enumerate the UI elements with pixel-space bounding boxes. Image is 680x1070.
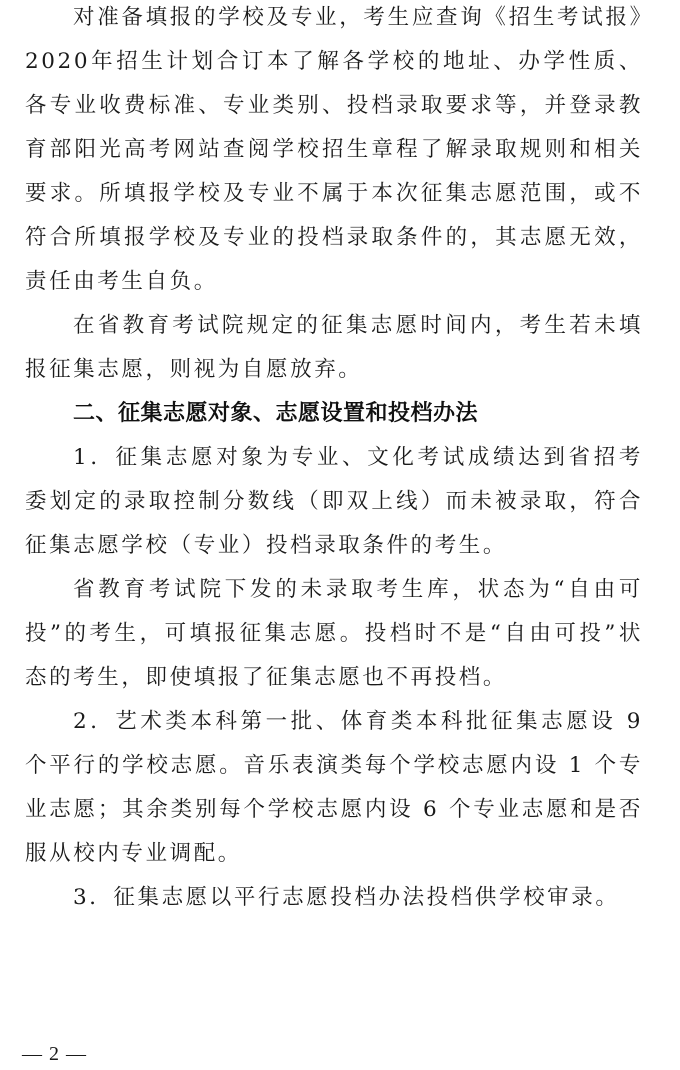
- document-page: 对准备填报的学校及专业，考生应查询《招生考试报》2020年招生计划合订本了解各学…: [25, 0, 643, 920]
- paragraph-item-3: 3．征集志愿以平行志愿投档办法投档供学校审录。: [25, 876, 643, 920]
- page-number: — 2 —: [22, 1042, 87, 1066]
- paragraph-application-notice: 对准备填报的学校及专业，考生应查询《招生考试报》2020年招生计划合订本了解各学…: [25, 0, 643, 304]
- paragraph-deadline-notice: 在省教育考试院规定的征集志愿时间内，考生若未填报征集志愿，则视为自愿放弃。: [25, 304, 643, 392]
- paragraph-item-1: 1．征集志愿对象为专业、文化考试成绩达到省招考委划定的录取控制分数线（即双上线）…: [25, 436, 643, 568]
- section-heading-2: 二、征集志愿对象、志愿设置和投档办法: [25, 392, 643, 436]
- paragraph-item-2: 2．艺术类本科第一批、体育类本科批征集志愿设 9 个平行的学校志愿。音乐表演类每…: [25, 700, 643, 876]
- paragraph-candidate-status: 省教育考试院下发的未录取考生库，状态为“自由可投”的考生，可填报征集志愿。投档时…: [25, 568, 643, 700]
